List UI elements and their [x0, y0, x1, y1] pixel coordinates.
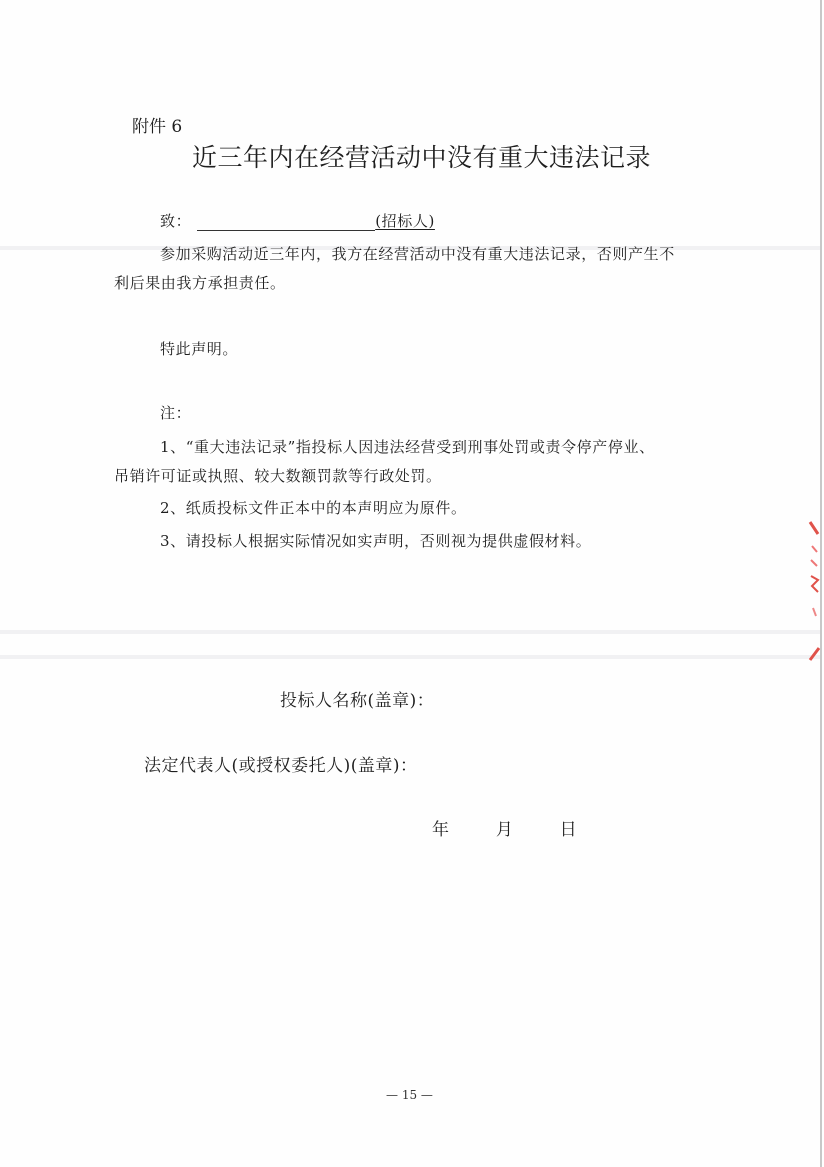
- addressee-line: 致：(招标人): [160, 210, 435, 231]
- legal-representative-signature-label: 法定代表人(或授权委托人)(盖章)：: [144, 751, 418, 776]
- addressee-blank-field: [197, 216, 375, 231]
- date-month-label: 月: [496, 815, 513, 840]
- notes-heading: 注：: [160, 402, 191, 423]
- statement-paragraph-line-1: 参加采购活动近三年内，我方在经营活动中没有重大违法记录，否则产生不: [160, 243, 675, 264]
- note-item-3: 3、请投标人根据实际情况如实声明，否则视为提供虚假材料。: [160, 530, 591, 551]
- note-item-1-line-1: 1、“重大违法记录”指投标人因违法经营受到刑事处罚或责令停产停业、: [160, 436, 655, 457]
- document-page: 附件 6 近三年内在经营活动中没有重大违法记录 致：(招标人) 参加采购活动近三…: [0, 0, 824, 1167]
- signature-date: 年 月 日: [432, 815, 577, 840]
- date-day-label: 日: [560, 815, 577, 840]
- bidder-name-signature-label: 投标人名称(盖章)：: [280, 686, 434, 711]
- seal-stamp-fragment-icon: [808, 520, 820, 670]
- show-through-shadow: [0, 630, 820, 634]
- declaration-text: 特此声明。: [160, 338, 238, 359]
- note-item-1-line-2: 吊销许可证或执照、较大数额罚款等行政处罚。: [114, 465, 442, 486]
- attachment-label: 附件 6: [132, 112, 182, 137]
- document-title: 近三年内在经营活动中没有重大违法记录: [192, 138, 651, 174]
- note-item-2: 2、纸质投标文件正本中的本声明应为原件。: [160, 497, 467, 518]
- show-through-shadow: [0, 655, 820, 659]
- statement-paragraph-line-2: 利后果由我方承担责任。: [114, 272, 286, 293]
- date-year-label: 年: [432, 815, 449, 840]
- addressee-prefix: 致：: [160, 212, 191, 230]
- recipient-label: (招标人): [375, 212, 435, 230]
- page-number: — 15 —: [386, 1088, 433, 1102]
- page-edge: [820, 0, 822, 1167]
